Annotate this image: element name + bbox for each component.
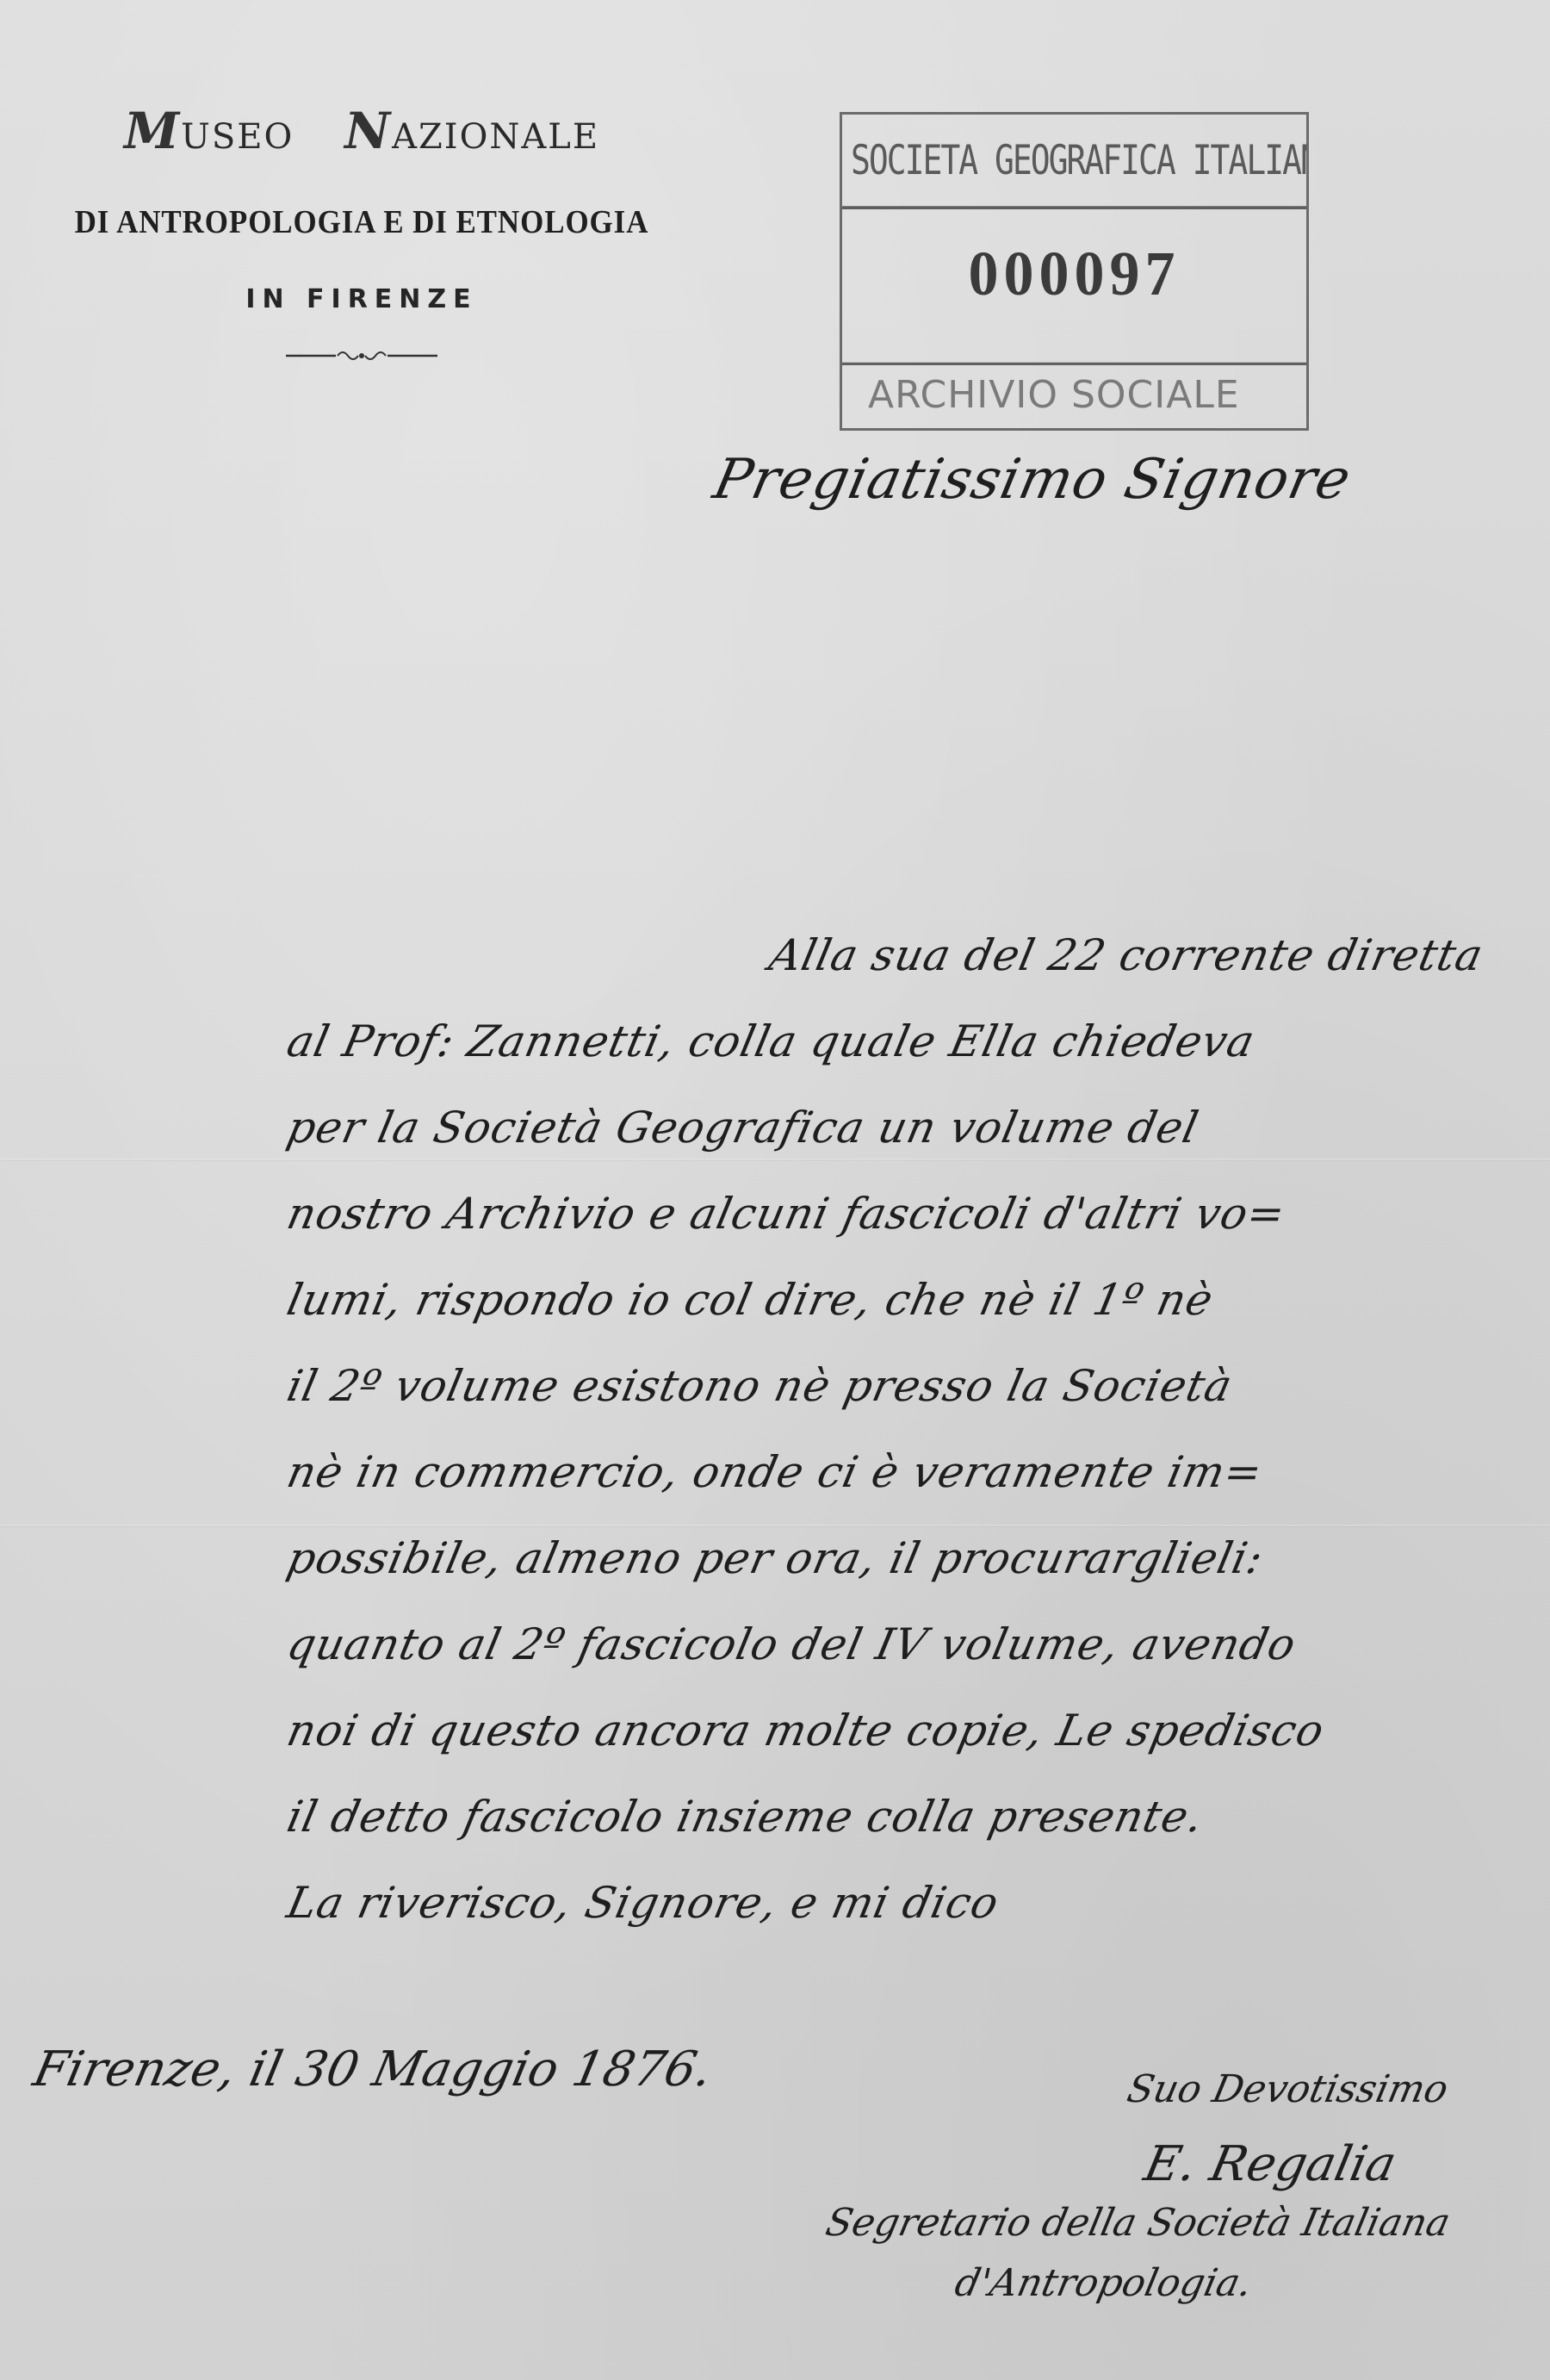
letterhead-word: USEO: [181, 117, 294, 157]
body-line: lumi, rispondo io col dire, che nè il 1º…: [275, 1275, 1541, 1361]
body-line: per la Società Geografica un volume del: [275, 1103, 1541, 1189]
letterhead-word: AZIONALE: [392, 117, 599, 157]
stamp-footer: ARCHIVIO SOCIALE: [842, 361, 1306, 430]
ornate-initial: N: [344, 102, 392, 160]
body-line: il 2º volume esistono nè presso la Socie…: [275, 1361, 1541, 1447]
signer-title-continued: d'Antropologia.: [952, 2261, 1256, 2305]
letterhead: MUSEO NAZIONALE DI ANTROPOLOGIA E DI ETN…: [34, 86, 689, 369]
body-line: Alla sua del 22 corrente diretta: [275, 930, 1541, 1016]
closing: Suo Devotissimo: [1124, 2067, 1453, 2111]
letterhead-subtitle: DI ANTROPOLOGIA E DI ETNOLOGIA: [60, 203, 662, 241]
letter-body: Alla sua del 22 corrente diretta al Prof…: [284, 930, 1533, 1964]
flourish-ornament-icon: [284, 347, 439, 364]
letterhead-city: IN FIRENZE: [34, 284, 689, 314]
body-line: noi di questo ancora molte copie, Le spe…: [275, 1706, 1541, 1792]
body-line: il detto fascicolo insieme colla present…: [275, 1792, 1541, 1878]
ornate-initial: M: [124, 102, 181, 160]
archive-stamp: SOCIETA GEOGRAFICA ITALIANA 000097 ARCHI…: [840, 112, 1309, 431]
body-line: La riverisco, Signore, e mi dico: [275, 1878, 1541, 1964]
letter-page: MUSEO NAZIONALE DI ANTROPOLOGIA E DI ETN…: [0, 0, 1550, 2380]
stamp-number: 000097: [842, 186, 1306, 365]
body-line: nostro Archivio e alcuni fascicoli d'alt…: [275, 1189, 1541, 1275]
signer-title: Segretario della Società Italiana: [822, 2201, 1454, 2245]
body-line: possibile, almeno per ora, il procurargl…: [275, 1533, 1541, 1619]
body-line: al Prof: Zannetti, colla quale Ella chie…: [275, 1016, 1541, 1103]
letterhead-museum-name: MUSEO NAZIONALE: [34, 102, 689, 160]
salutation: Pregiatissimo Signore: [708, 448, 1356, 512]
body-line: quanto al 2º fascicolo del IV volume, av…: [275, 1619, 1541, 1706]
signature: E. Regalia: [1139, 2136, 1401, 2192]
body-line: nè in commercio, onde ci è veramente im=: [275, 1447, 1541, 1533]
letter-date: Firenze, il 30 Maggio 1876.: [28, 2041, 717, 2097]
